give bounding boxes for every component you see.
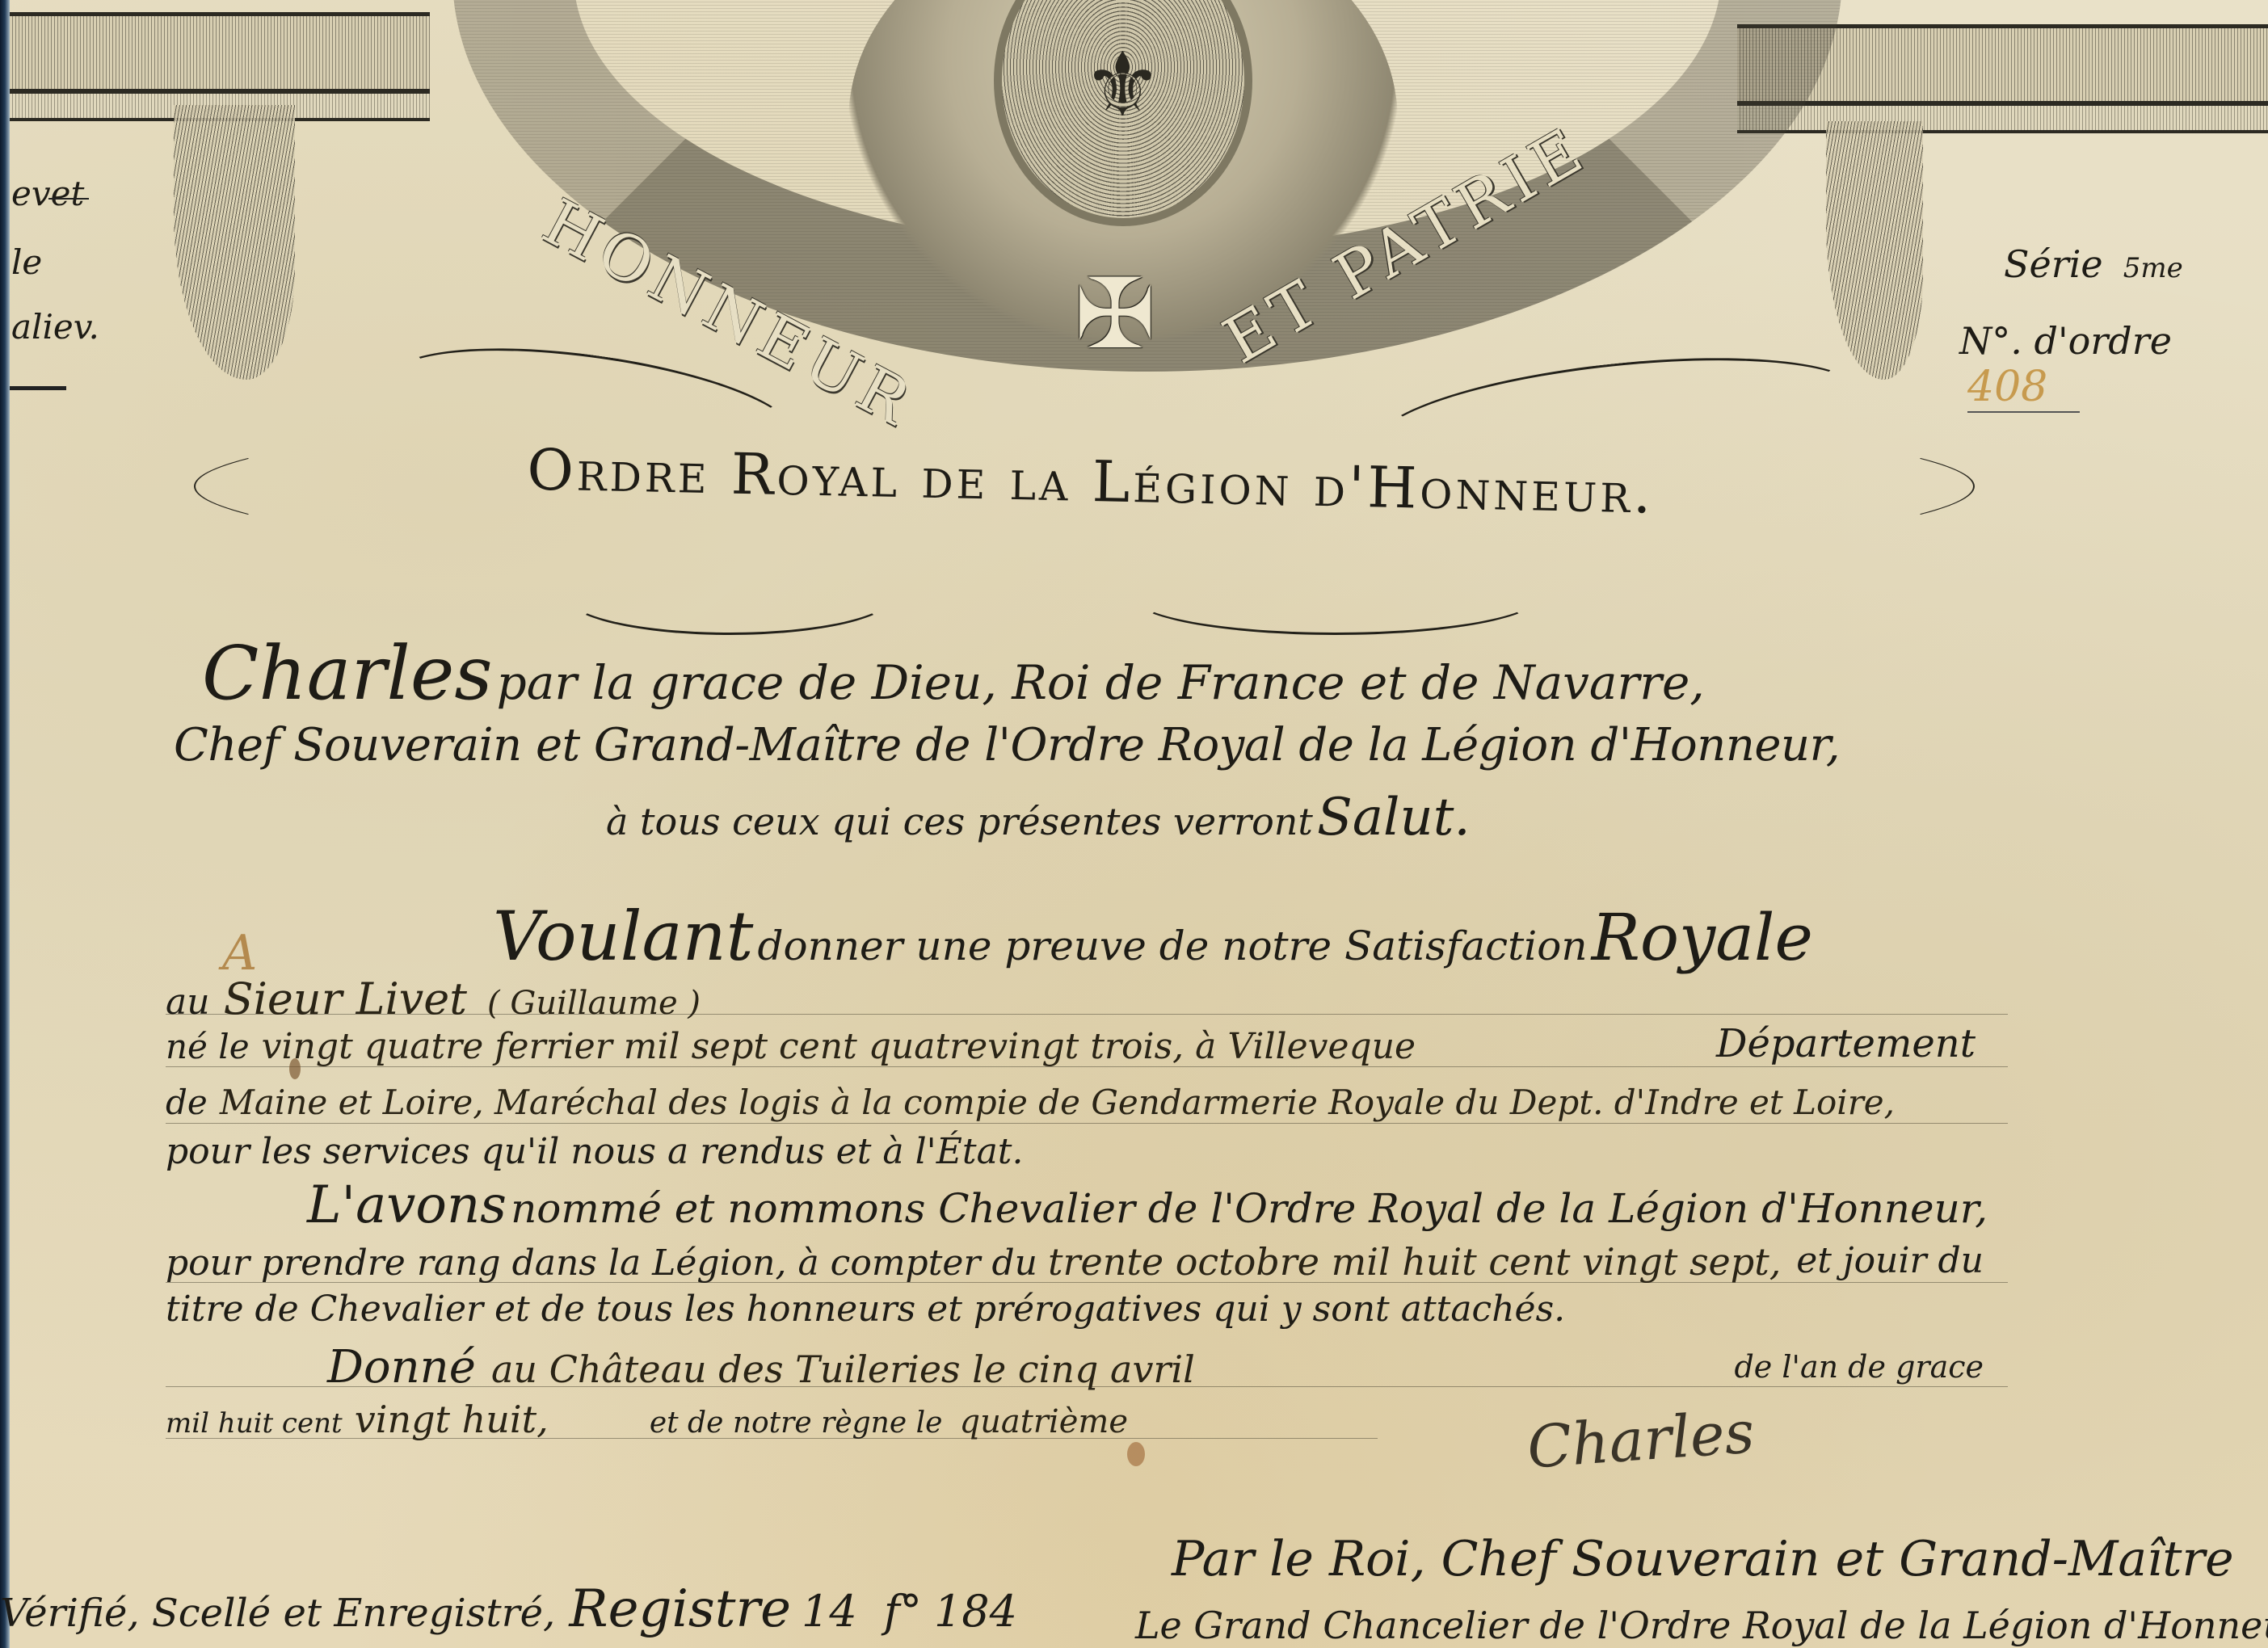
voulant-line: Voulant donner une preuve de notre Satis… [493, 897, 1813, 976]
charles-lead: Charles [202, 630, 493, 717]
header-engraving: ⚜ ✠ HONNEUR ET PATRIE [0, 0, 2268, 380]
recipient-prefix: au [166, 982, 210, 1023]
verifie-text: Vérifié, Scellé et Enregistré, [0, 1591, 555, 1636]
birth-date-place: vingt quatre ferrier mil sept cent quatr… [262, 1026, 1416, 1067]
royale: Royale [1592, 900, 1813, 975]
par-le-roi: Par le Roi, Chef Souverain et Grand-Maît… [1172, 1531, 2234, 1587]
margin-rule [48, 198, 89, 200]
rang-date: trente octobre mil huit cent vingt sept, [1048, 1240, 1781, 1284]
preamble-line-3: à tous ceux qui ces présentes verront Sa… [606, 788, 1471, 847]
voulant-lead: Voulant [493, 897, 753, 976]
serie-label: Série [2004, 242, 2103, 286]
donne-lead: Donné [327, 1341, 476, 1394]
fleur-de-lis-icon: ⚜ [1083, 40, 1147, 129]
voulant-text: donner une preuve de notre Satisfaction [758, 923, 1588, 969]
serie-block: Série 5me [2004, 242, 2183, 286]
ordre-value: 408 [1967, 363, 2080, 413]
registre-value: 14 [802, 1586, 857, 1637]
departement-value: Maine et Loire, Maréchal des logis à la … [220, 1083, 1895, 1122]
departement-label: Département [1716, 1021, 1976, 1066]
folio-label: f° [884, 1586, 922, 1637]
stain [1127, 1442, 1145, 1466]
year-value: vingt huit, [355, 1398, 549, 1441]
rang-line: pour prendre rang dans la Légion, à comp… [166, 1240, 2008, 1283]
year-prefix: mil huit cent [166, 1407, 343, 1440]
rang-suffix: et jouir du [1796, 1240, 1984, 1281]
recipient-given-name: ( Guillaume ) [487, 985, 701, 1022]
royal-signature: Charles [1525, 1398, 1757, 1481]
drape-left [174, 105, 295, 380]
drape-right [1826, 121, 1923, 380]
preamble-line-2: Chef Souverain et Grand-Maître de l'Ordr… [174, 719, 1840, 771]
recipient-line: au Sieur Livet ( Guillaume ) [166, 973, 2008, 1015]
preamble-line-1: Charles par la grace de Dieu, Roi de Fra… [202, 630, 1705, 717]
lavons-line: L'avons nommé et nommons Chevalier de l'… [307, 1175, 1988, 1235]
birth-prefix: né le [166, 1027, 250, 1066]
donne-line: Donné au Château des Tuileries le cinq a… [166, 1341, 2008, 1387]
registre-label: Registre [569, 1579, 791, 1639]
preamble-line-3-text: à tous ceux qui ces présentes verront [606, 800, 1313, 843]
birth-line: né le vingt quatre ferrier mil sept cent… [166, 1026, 2008, 1067]
departement-prefix: de [166, 1083, 208, 1122]
margin-fragment-1: evet [11, 174, 84, 213]
rang-prefix: pour prendre rang dans la Légion, à comp… [166, 1242, 1037, 1284]
donne-suffix: de l'an de grace [1734, 1349, 1984, 1385]
regne-value: quatrième [960, 1403, 1128, 1440]
flourish-bottom-2 [1131, 557, 1540, 635]
lavons-lead: L'avons [307, 1175, 507, 1235]
legion-cross-icon: ✠ [1062, 267, 1168, 364]
margin-rule-2 [10, 386, 66, 390]
flourish-bottom [566, 557, 894, 635]
ordre-block: N°. d'ordre 408 [1959, 319, 2266, 411]
departement-line: de Maine et Loire, Maréchal des logis à … [166, 1083, 2008, 1124]
folio-value: 184 [934, 1586, 1017, 1637]
recipient-name: Sieur Livet [224, 973, 467, 1024]
ordre-label: N°. d'ordre [1959, 319, 2172, 363]
par-le-roi-line: Par le Roi, Chef Souverain et Grand-Maît… [1172, 1531, 2234, 1587]
titre-line: titre de Chevalier et de tous les honneu… [166, 1289, 1565, 1330]
services-line: pour les services qu'il nous a rendus et… [166, 1131, 1023, 1172]
stain [289, 1058, 301, 1079]
serie-value: 5me [2123, 252, 2183, 284]
salut: Salut. [1317, 788, 1471, 847]
margin-fragment-2: le [11, 242, 42, 282]
year-line: mil huit cent vingt huit, et de notre rè… [166, 1398, 1378, 1439]
lavons-text: nommé et nommons Chevalier de l'Ordre Ro… [511, 1185, 1988, 1232]
margin-fragment-3: aliev. [11, 307, 99, 347]
preamble-line-1-text: par la grace de Dieu, Roi de France et d… [497, 655, 1705, 710]
regne-prefix: et de notre règne le [650, 1406, 943, 1440]
donne-place-date: au Château des Tuileries le cinq avril [491, 1347, 1195, 1391]
verification-line: Vérifié, Scellé et Enregistré, Registre … [0, 1579, 1017, 1639]
grand-chancelier-line: Le Grand Chancelier de l'Ordre Royal de … [1135, 1604, 2268, 1647]
